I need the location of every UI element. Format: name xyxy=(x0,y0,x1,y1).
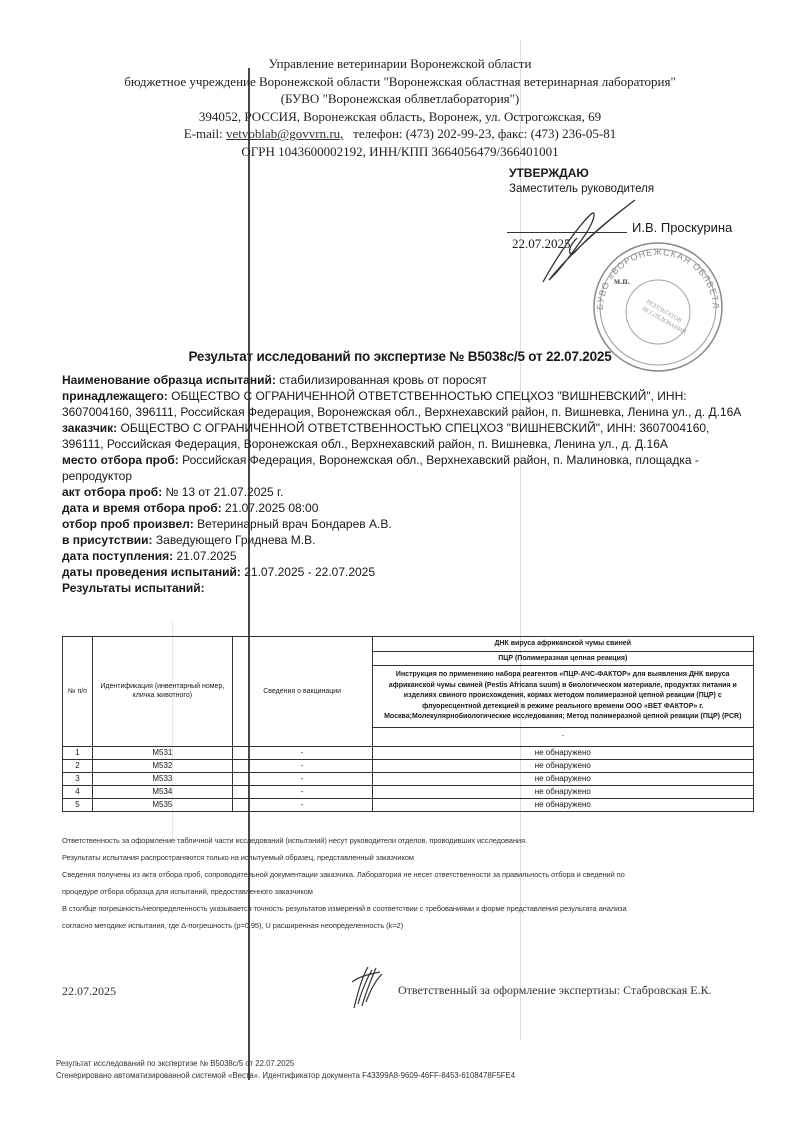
header-norm: - xyxy=(372,727,753,746)
field-owner: принадлежащего: ОБЩЕСТВО С ОГРАНИЧЕННОЙ … xyxy=(62,388,752,420)
sample-details: Наименование образца испытаний: стабилиз… xyxy=(62,372,752,596)
field-label: Результаты испытаний: xyxy=(62,581,205,595)
cell-id: M532 xyxy=(92,759,232,772)
header-method-short: ПЦР (Полимеразная цепная реакция) xyxy=(372,651,753,666)
field-results-heading: Результаты испытаний: xyxy=(62,580,752,596)
field-label: заказчик: xyxy=(62,421,117,435)
cell-vaccination: - xyxy=(232,746,372,759)
results-table: № п/п Идентификация (инвентарный номер, … xyxy=(62,636,754,812)
footer-reference: Результат исследований по экспертизе № B… xyxy=(56,1058,515,1070)
field-value: ОБЩЕСТВО С ОГРАНИЧЕННОЙ ОТВЕТСТВЕННОСТЬЮ… xyxy=(62,421,709,451)
organization-header: Управление ветеринарии Воронежской облас… xyxy=(0,55,800,161)
header-num: № п/п xyxy=(63,637,93,747)
note: В столбце погрешность/неопределенность у… xyxy=(62,900,762,917)
field-label: дата поступления: xyxy=(62,549,173,563)
table-row: 4 M534 - не обнаружено xyxy=(63,785,754,798)
field-sample-name: Наименование образца испытаний: стабилиз… xyxy=(62,372,752,388)
footer-generated-by: Сгенерировано автоматизированной системо… xyxy=(56,1070,515,1082)
cell-id: M533 xyxy=(92,772,232,785)
scan-artifact-line xyxy=(248,68,250,1080)
field-value: 21.07.2025 08:00 xyxy=(222,501,319,515)
cell-num: 2 xyxy=(63,759,93,772)
cell-vaccination: - xyxy=(232,798,372,811)
table-row: 3 M533 - не обнаружено xyxy=(63,772,754,785)
field-sampling-place: место отбора проб: Российская Федерация,… xyxy=(62,452,752,484)
email-link[interactable]: vetvoblab@govvrn.ru, xyxy=(226,126,343,141)
cell-num: 3 xyxy=(63,772,93,785)
cell-result: не обнаружено xyxy=(372,759,753,772)
cell-result: не обнаружено xyxy=(372,798,753,811)
cell-num: 4 xyxy=(63,785,93,798)
field-in-presence: в присутствии: Заведующего Гриднева М.В. xyxy=(62,532,752,548)
field-sampling-act: акт отбора проб: № 13 от 21.07.2025 г. xyxy=(62,484,752,500)
field-label: в присутствии: xyxy=(62,533,153,547)
note: процедуре отбора образца для испытаний, … xyxy=(62,883,762,900)
field-value: Заведующего Гриднева М.В. xyxy=(153,533,316,547)
cell-id: M534 xyxy=(92,785,232,798)
field-test-dates: даты проведения испытаний: 21.07.2025 - … xyxy=(62,564,752,580)
phones: телефон: (473) 202-99-23, факс: (473) 23… xyxy=(353,126,616,141)
cell-vaccination: - xyxy=(232,759,372,772)
stamp-place-mark: м.п. xyxy=(614,276,630,286)
header-registration: ОГРН 1043600002192, ИНН/КПП 3664056479/3… xyxy=(0,143,800,161)
field-label: принадлежащего: xyxy=(62,389,168,403)
document-footer: Результат исследований по экспертизе № B… xyxy=(56,1058,515,1082)
header-institution: бюджетное учреждение Воронежской области… xyxy=(0,73,800,91)
header-vaccination: Сведения о вакцинации xyxy=(232,637,372,747)
header-indicator: ДНК вируса африканской чумы свиней xyxy=(372,637,753,652)
note: Ответственность за оформление табличной … xyxy=(62,832,762,849)
field-label: место отбора проб: xyxy=(62,453,179,467)
svg-text:БУВО «ВОРОНЕЖСКАЯ ОБЛВЕТЛАБОРА: БУВО «ВОРОНЕЖСКАЯ ОБЛВЕТЛАБОРАТОРИЯ» xyxy=(583,240,721,310)
field-value: 21.07.2025 xyxy=(173,549,236,563)
signoff-date: 22.07.2025 xyxy=(62,984,116,999)
field-value: Ветеринарный врач Бондарев А.В. xyxy=(194,517,392,531)
header-contacts: E-mail: vetvoblab@govvrn.ru, телефон: (4… xyxy=(0,125,800,143)
cell-result: не обнаружено xyxy=(372,785,753,798)
cell-id: M535 xyxy=(92,798,232,811)
cell-vaccination: - xyxy=(232,772,372,785)
responsible-person: Ответственный за оформление экспертизы: … xyxy=(398,983,712,998)
table-row: 1 M531 - не обнаружено xyxy=(63,746,754,759)
note: Сведения получены из акта отбора проб, с… xyxy=(62,866,762,883)
document-title: Результат исследований по экспертизе № B… xyxy=(0,349,800,364)
table-row: 2 M532 - не обнаружено xyxy=(63,759,754,772)
approval-title: УТВЕРЖДАЮ xyxy=(509,165,654,181)
cell-result: не обнаружено xyxy=(372,746,753,759)
field-value: 21.07.2025 - 22.07.2025 xyxy=(241,565,375,579)
header-method-full: Инструкция по применению набора реагенто… xyxy=(372,666,753,728)
field-label: даты проведения испытаний: xyxy=(62,565,241,579)
email-label: E-mail: xyxy=(184,126,223,141)
cell-id: M531 xyxy=(92,746,232,759)
header-identification: Идентификация (инвентарный номер, кличка… xyxy=(92,637,232,747)
responsible-signature-icon xyxy=(340,962,390,1012)
field-label: акт отбора проб: xyxy=(62,485,162,499)
field-sampled-by: отбор проб произвел: Ветеринарный врач Б… xyxy=(62,516,752,532)
notes: Ответственность за оформление табличной … xyxy=(62,832,762,934)
header-department: Управление ветеринарии Воронежской облас… xyxy=(0,55,800,73)
cell-num: 5 xyxy=(63,798,93,811)
table-row: 5 M535 - не обнаружено xyxy=(63,798,754,811)
field-value: стабилизированная кровь от поросят xyxy=(276,373,487,387)
cell-result: не обнаружено xyxy=(372,772,753,785)
field-sampling-datetime: дата и время отбора проб: 21.07.2025 08:… xyxy=(62,500,752,516)
field-customer: заказчик: ОБЩЕСТВО С ОГРАНИЧЕННОЙ ОТВЕТС… xyxy=(62,420,752,452)
field-label: Наименование образца испытаний: xyxy=(62,373,276,387)
field-received-date: дата поступления: 21.07.2025 xyxy=(62,548,752,564)
note: согласно методике испытания, где Δ-погре… xyxy=(62,917,762,934)
field-label: дата и время отбора проб: xyxy=(62,501,222,515)
header-address: 394052, РОССИЯ, Воронежская область, Вор… xyxy=(0,108,800,126)
cell-num: 1 xyxy=(63,746,93,759)
header-short-name: (БУВО "Воронежская облветлаборатория") xyxy=(0,90,800,108)
field-label: отбор проб произвел: xyxy=(62,517,194,531)
field-value: № 13 от 21.07.2025 г. xyxy=(162,485,283,499)
cell-vaccination: - xyxy=(232,785,372,798)
note: Результаты испытания распространяются то… xyxy=(62,849,762,866)
